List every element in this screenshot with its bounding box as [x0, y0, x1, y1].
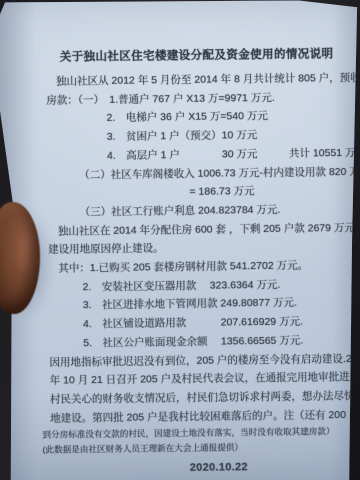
- thumb-highlight: [14, 232, 30, 276]
- photo-background: 关于独山社区住宅楼建设分配及资金使用的情况说明 独山社区从 2012 年 5 月…: [0, 0, 360, 480]
- doc-line: 4. 高层户 1 户 30 万元 共计 10551 万元.: [107, 144, 359, 166]
- document-lines: 独山社区从 2012 年 5 月份至 2014 年 8 月共计统计 805 户，…: [0, 69, 360, 480]
- doc-line: 独山社区从 2012 年 5 月份至 2014 年 8 月共计统计 805 户，…: [56, 69, 358, 91]
- paper-sheet: 关于独山社区住宅楼建设分配及资金使用的情况说明 独山社区从 2012 年 5 月…: [0, 0, 360, 480]
- document-title: 关于独山社区住宅楼建设分配及资金使用的情况说明: [60, 45, 358, 65]
- doc-line: (此数据是由社区财务人员王理新在大会上通报提供）: [42, 439, 360, 458]
- doc-line: （二）社区车库阁楼收入 1006.73 万元-村内建设用款 820 万元: [79, 162, 359, 184]
- document-content: 关于独山社区住宅楼建设分配及资金使用的情况说明 独山社区从 2012 年 5 月…: [0, 0, 360, 480]
- doc-line: = 186.73 万元: [189, 181, 359, 202]
- document-date: 2020.10.22: [190, 456, 360, 478]
